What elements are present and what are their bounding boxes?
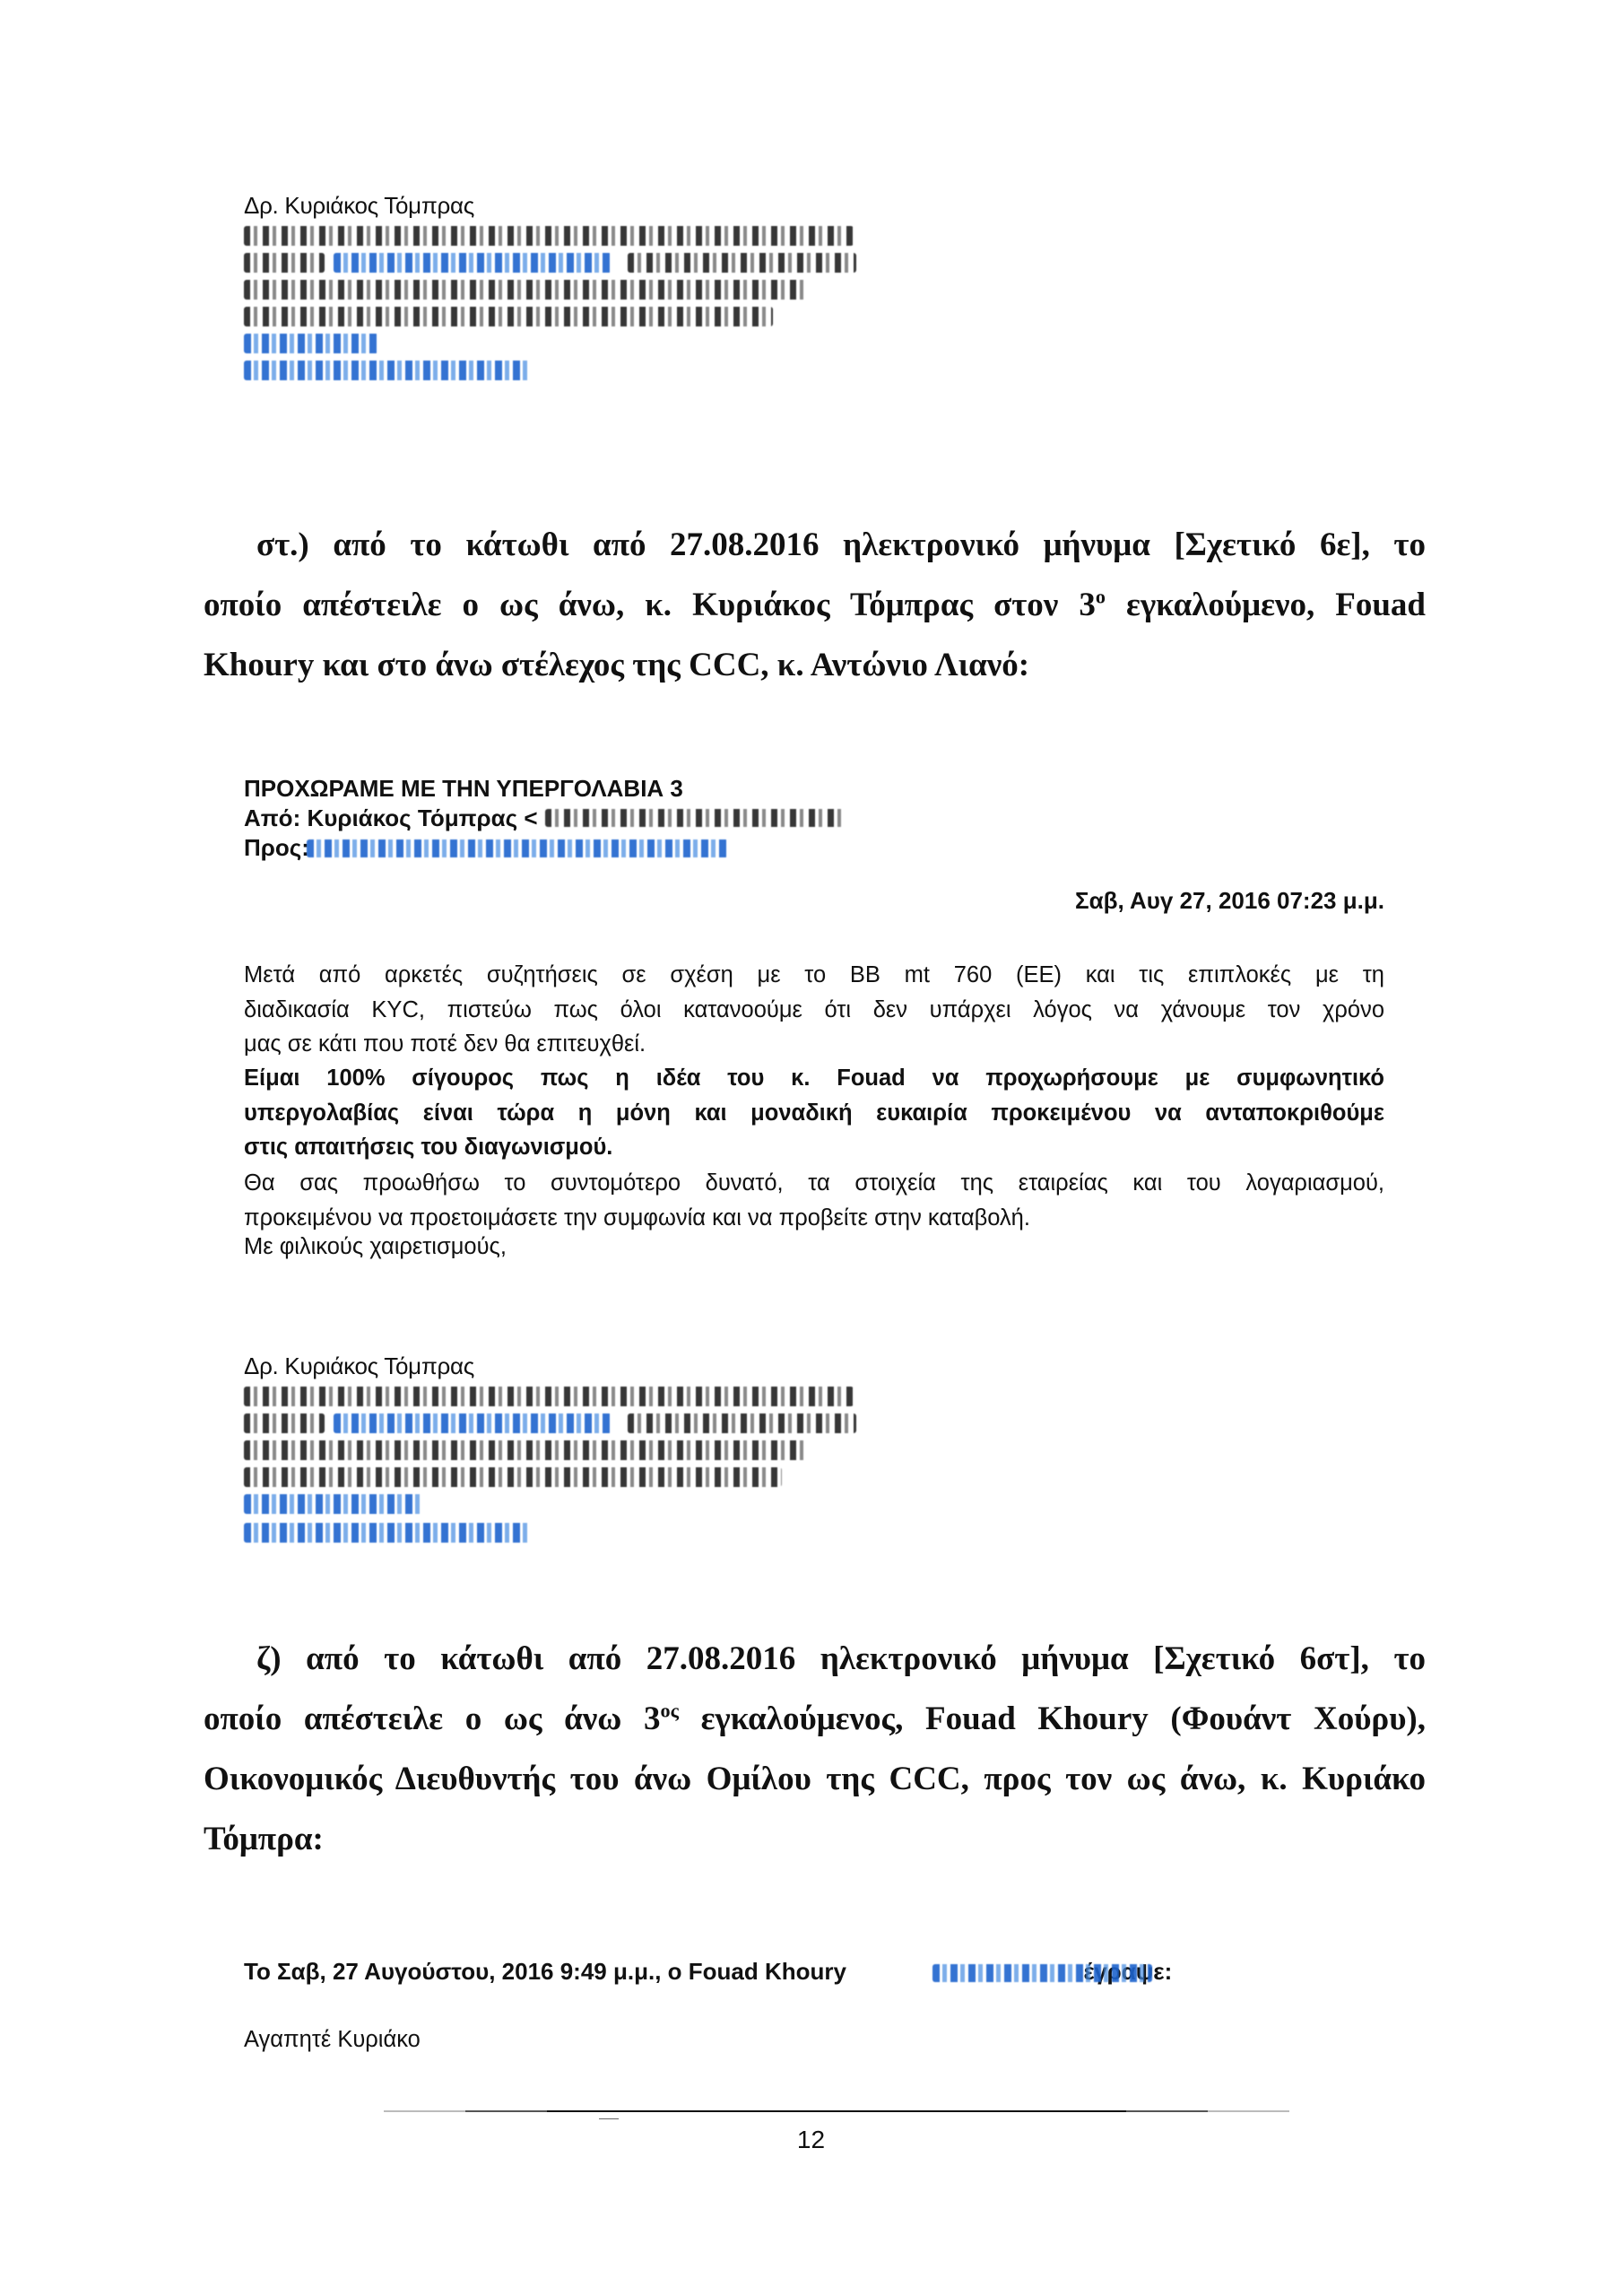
email-body-paragraph-2: Είμαι 100% σίγουρος πως η ιδέα του κ. Fo… xyxy=(244,1061,1384,1165)
redacted-address xyxy=(244,1387,854,1406)
paragraph-line: Τόμπρα: xyxy=(204,1809,1426,1869)
paragraph-st: στ.) από το κάτωθι από 27.08.2016 ηλεκτρ… xyxy=(204,515,1426,695)
redacted-address xyxy=(244,226,854,246)
paragraph-line: Khoury και στο άνω στέλεχος της CCC, κ. … xyxy=(204,635,1426,695)
redacted-email-link xyxy=(334,253,612,273)
email-to-label: Προς: xyxy=(244,834,309,862)
redacted-label xyxy=(244,253,325,273)
redacted-label xyxy=(244,1413,325,1433)
redacted-email-link xyxy=(334,1413,612,1433)
signature-name: Δρ. Κυριάκος Τόμπρας xyxy=(244,192,474,220)
redacted-contact xyxy=(244,1467,782,1487)
redacted-recipient-emails xyxy=(307,839,728,857)
footer-divider xyxy=(384,2110,1289,2112)
paragraph-line: οποίο απέστειλε ο ως άνω, κ. Κυριάκος Τό… xyxy=(204,575,1426,635)
redacted-sender-email xyxy=(932,1964,1152,1982)
redacted-contact xyxy=(244,280,809,300)
redacted-phone xyxy=(628,1413,856,1433)
redacted-contact xyxy=(244,307,773,326)
paragraph-line: στ.) από το κάτωθι από 27.08.2016 ηλεκτρ… xyxy=(204,515,1426,575)
email-subject: ΠΡΟΧΩΡΑΜΕ ΜΕ ΤΗΝ ΥΠΕΡΓΟΛΑΒΙΑ 3 xyxy=(244,775,683,803)
paragraph-line: Οικονομικός Διευθυντής του άνω Ομίλου τη… xyxy=(204,1749,1426,1809)
paragraph-line: οποίο απέστειλε ο ως άνω 3ος εγκαλούμενο… xyxy=(204,1689,1426,1749)
redacted-phone xyxy=(628,253,856,273)
paragraph-z: ζ) από το κάτωθι από 27.08.2016 ηλεκτρον… xyxy=(204,1629,1426,1869)
paragraph-line: ζ) από το κάτωθι από 27.08.2016 ηλεκτρον… xyxy=(204,1629,1426,1689)
redacted-link xyxy=(244,361,531,380)
redacted-contact xyxy=(244,1440,809,1460)
redacted-link xyxy=(244,1494,423,1514)
email-date: Σαβ, Αυγ 27, 2016 07:23 μ.μ. xyxy=(1075,887,1384,915)
redacted-sender-email xyxy=(545,809,846,827)
footer-tick xyxy=(599,2118,619,2119)
email-closing: Με φιλικούς χαιρετισμούς, xyxy=(244,1234,507,1260)
email-body-paragraph-1: Μετά από αρκετές συζητήσεις σε σχέση με … xyxy=(244,958,1384,1062)
email-greeting: Αγαπητέ Κυριάκο xyxy=(244,2027,421,2053)
redacted-link xyxy=(244,334,378,353)
signature-name: Δρ. Κυριάκος Τόμπρας xyxy=(244,1352,474,1380)
redacted-link xyxy=(244,1523,531,1543)
page-number: 12 xyxy=(0,2126,1622,2154)
email-from: Από: Κυριάκος Τόμπρας < xyxy=(244,804,538,832)
email-body-paragraph-3: Θα σας προωθήσω το συντομότερο δυνατό, τ… xyxy=(244,1166,1384,1235)
